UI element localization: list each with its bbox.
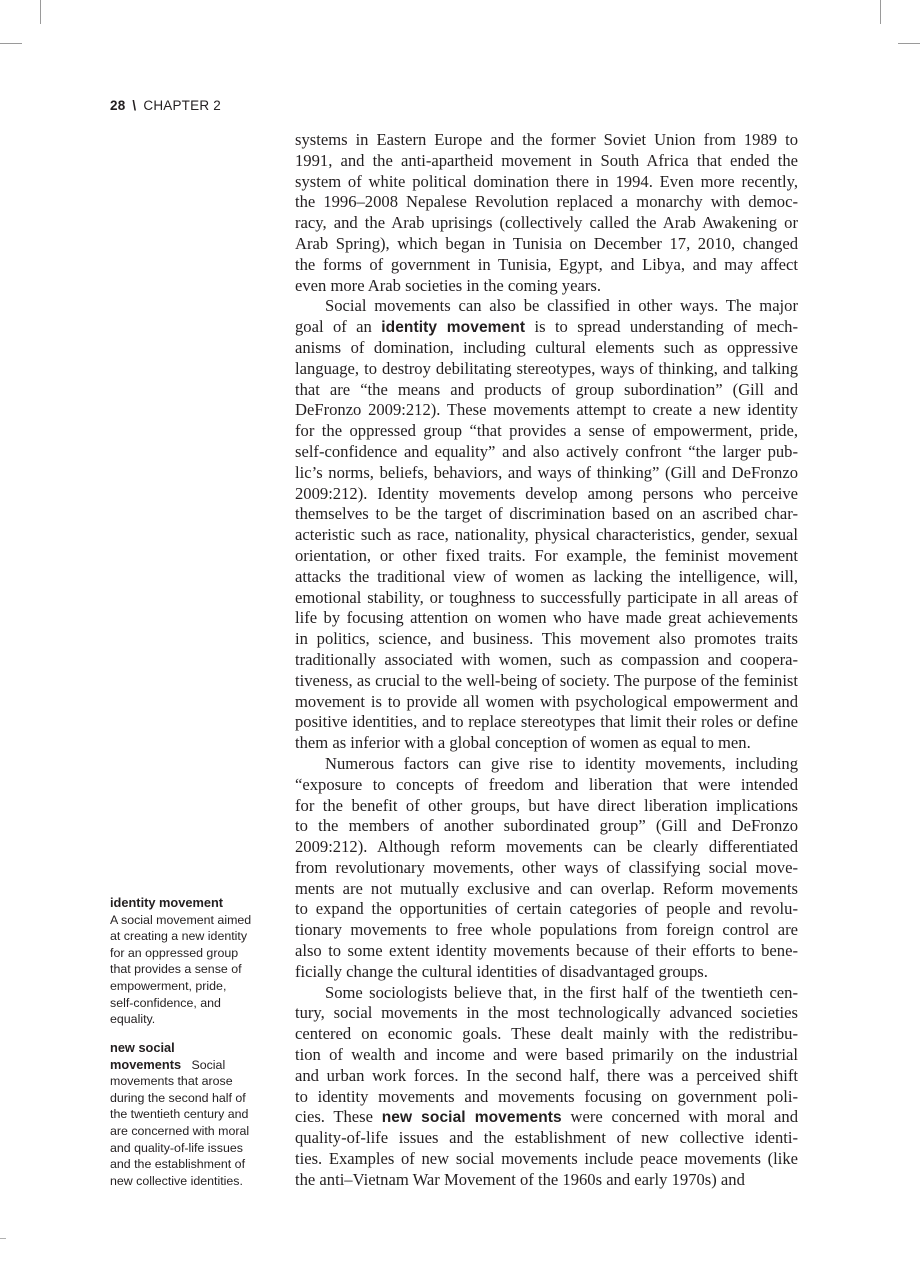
text-line: tion of wealth and income and were based… xyxy=(295,1045,798,1066)
text-line: them as inferior with a global conceptio… xyxy=(295,733,798,754)
glossary-definition-line: for an oppressed group xyxy=(110,945,270,962)
text-line: 2009:212). Identity movements develop am… xyxy=(295,484,798,505)
text-line: from revolutionary movements, other ways… xyxy=(295,858,798,879)
text-line: racy, and the Arab uprisings (collective… xyxy=(295,213,798,234)
crop-mark-top-right-vertical xyxy=(880,0,881,24)
glossary-term: new social xyxy=(110,1040,270,1057)
glossary-definition-line: that provides a sense of xyxy=(110,961,270,978)
text-line: Social movements can also be classified … xyxy=(295,296,798,317)
text-line: traditionally associated with women, suc… xyxy=(295,650,798,671)
text-line: Numerous factors can give rise to identi… xyxy=(295,754,798,775)
text-line: quality-of-life issues and the establish… xyxy=(295,1128,798,1149)
text-line: movement is to provide all women with ps… xyxy=(295,692,798,713)
text-line: the 1996–2008 Nepalese Revolution replac… xyxy=(295,192,798,213)
glossary-term-line: movements Social xyxy=(110,1057,270,1074)
glossary-definition-line: movements that arose xyxy=(110,1073,270,1090)
text-line: acteristic such as race, nationality, ph… xyxy=(295,525,798,546)
text-line: goal of an identity movement is to sprea… xyxy=(295,317,798,338)
glossary-definition-start: Social xyxy=(191,1058,225,1072)
text-line: tury, social movements in the most techn… xyxy=(295,1003,798,1024)
text-line: 2009:212). Although reform movements can… xyxy=(295,837,798,858)
glossary-definition-line: and quality-of-life issues xyxy=(110,1140,270,1157)
text-line: system of white political domination the… xyxy=(295,172,798,193)
glossary-definition-line: empowerment, pride, xyxy=(110,978,270,995)
text-line: themselves to be the target of discrimin… xyxy=(295,504,798,525)
text-segment: goal of an xyxy=(295,317,381,336)
text-line: Some sociologists believe that, in the f… xyxy=(295,983,798,1004)
glossary-definition-line: at creating a new identity xyxy=(110,928,270,945)
text-line: tionary movements to free whole populati… xyxy=(295,920,798,941)
text-segment: is to spread understanding of mech- xyxy=(525,317,798,336)
glossary-definition-line: during the second half of xyxy=(110,1090,270,1107)
text-segment: were concerned with moral and xyxy=(562,1107,798,1126)
key-term: new social movements xyxy=(382,1109,562,1126)
crop-mark-top-left-vertical xyxy=(40,0,41,24)
key-term: identity movement xyxy=(381,319,525,336)
text-line: in politics, science, and business. This… xyxy=(295,629,798,650)
text-line: also to some extent identity movements b… xyxy=(295,941,798,962)
body-paragraph: systems in Eastern Europe and the former… xyxy=(295,130,798,296)
text-line: ties. Examples of new social movements i… xyxy=(295,1149,798,1170)
body-text-column: systems in Eastern Europe and the former… xyxy=(295,130,798,1191)
running-head-separator: \ xyxy=(132,98,136,113)
text-line: systems in Eastern Europe and the former… xyxy=(295,130,798,151)
text-line: self-confidence and equality” and also a… xyxy=(295,442,798,463)
text-line: DeFronzo 2009:212). These movements atte… xyxy=(295,400,798,421)
text-line: that are “the means and products of grou… xyxy=(295,380,798,401)
text-line: for the oppressed group “that provides a… xyxy=(295,421,798,442)
glossary-entry-new-social-movements: new social movements Social movements th… xyxy=(110,1040,270,1189)
text-line: attacks the traditional view of women as… xyxy=(295,567,798,588)
crop-mark-top-left-horizontal xyxy=(0,43,22,44)
text-line: even more Arab societies in the coming y… xyxy=(295,276,798,297)
text-line: and urban work forces. In the second hal… xyxy=(295,1066,798,1087)
glossary-definition-line: new collective identities. xyxy=(110,1173,270,1190)
text-line: “exposure to concepts of freedom and lib… xyxy=(295,775,798,796)
glossary-entry-identity-movement: identity movement A social movement aime… xyxy=(110,895,270,1028)
glossary-term: movements xyxy=(110,1057,181,1072)
text-line: the anti–Vietnam War Movement of the 196… xyxy=(295,1170,798,1191)
text-line: orientation, or other fixed traits. For … xyxy=(295,546,798,567)
glossary-definition-line: the twentieth century and xyxy=(110,1106,270,1123)
text-line: positive identities, and to replace ster… xyxy=(295,712,798,733)
text-line: Arab Spring), which began in Tunisia on … xyxy=(295,234,798,255)
crop-mark-top-right-horizontal xyxy=(898,43,920,44)
body-paragraph: Social movements can also be classified … xyxy=(295,296,798,754)
text-line: the forms of government in Tunisia, Egyp… xyxy=(295,255,798,276)
text-line: ficially change the cultural identities … xyxy=(295,962,798,983)
body-paragraph: Some sociologists believe that, in the f… xyxy=(295,983,798,1191)
glossary-definition-line: are concerned with moral xyxy=(110,1123,270,1140)
text-line: tiveness, as crucial to the well-being o… xyxy=(295,671,798,692)
body-paragraph: Numerous factors can give rise to identi… xyxy=(295,754,798,983)
page-number: 28 xyxy=(110,98,125,113)
running-head: 28\CHAPTER 2 xyxy=(110,98,221,113)
text-line: lic’s norms, beliefs, behaviors, and way… xyxy=(295,463,798,484)
text-line: anisms of domination, including cultural… xyxy=(295,338,798,359)
glossary-term: identity movement xyxy=(110,895,270,912)
text-line: to identity movements and movements focu… xyxy=(295,1087,798,1108)
glossary-definition-line: equality. xyxy=(110,1011,270,1028)
crop-mark-bottom-left xyxy=(0,1238,6,1239)
text-line: to the members of another subordinated g… xyxy=(295,816,798,837)
text-line: centered on economic goals. These dealt … xyxy=(295,1024,798,1045)
glossary-definition-line: and the establishment of xyxy=(110,1156,270,1173)
text-line: cies. These new social movements were co… xyxy=(295,1107,798,1128)
text-line: ments are not mutually exclusive and can… xyxy=(295,879,798,900)
text-line: 1991, and the anti-apartheid movement in… xyxy=(295,151,798,172)
text-line: for the benefit of other groups, but hav… xyxy=(295,796,798,817)
chapter-label: CHAPTER 2 xyxy=(143,98,221,113)
text-line: to expand the opportunities of certain c… xyxy=(295,899,798,920)
text-line: language, to destroy debilitating stereo… xyxy=(295,359,798,380)
text-line: emotional stability, or toughness to suc… xyxy=(295,588,798,609)
text-segment: cies. These xyxy=(295,1107,382,1126)
glossary-definition-line: A social movement aimed xyxy=(110,912,270,929)
glossary-definition-line: self-confidence, and xyxy=(110,995,270,1012)
text-line: life by focusing attention on women who … xyxy=(295,608,798,629)
